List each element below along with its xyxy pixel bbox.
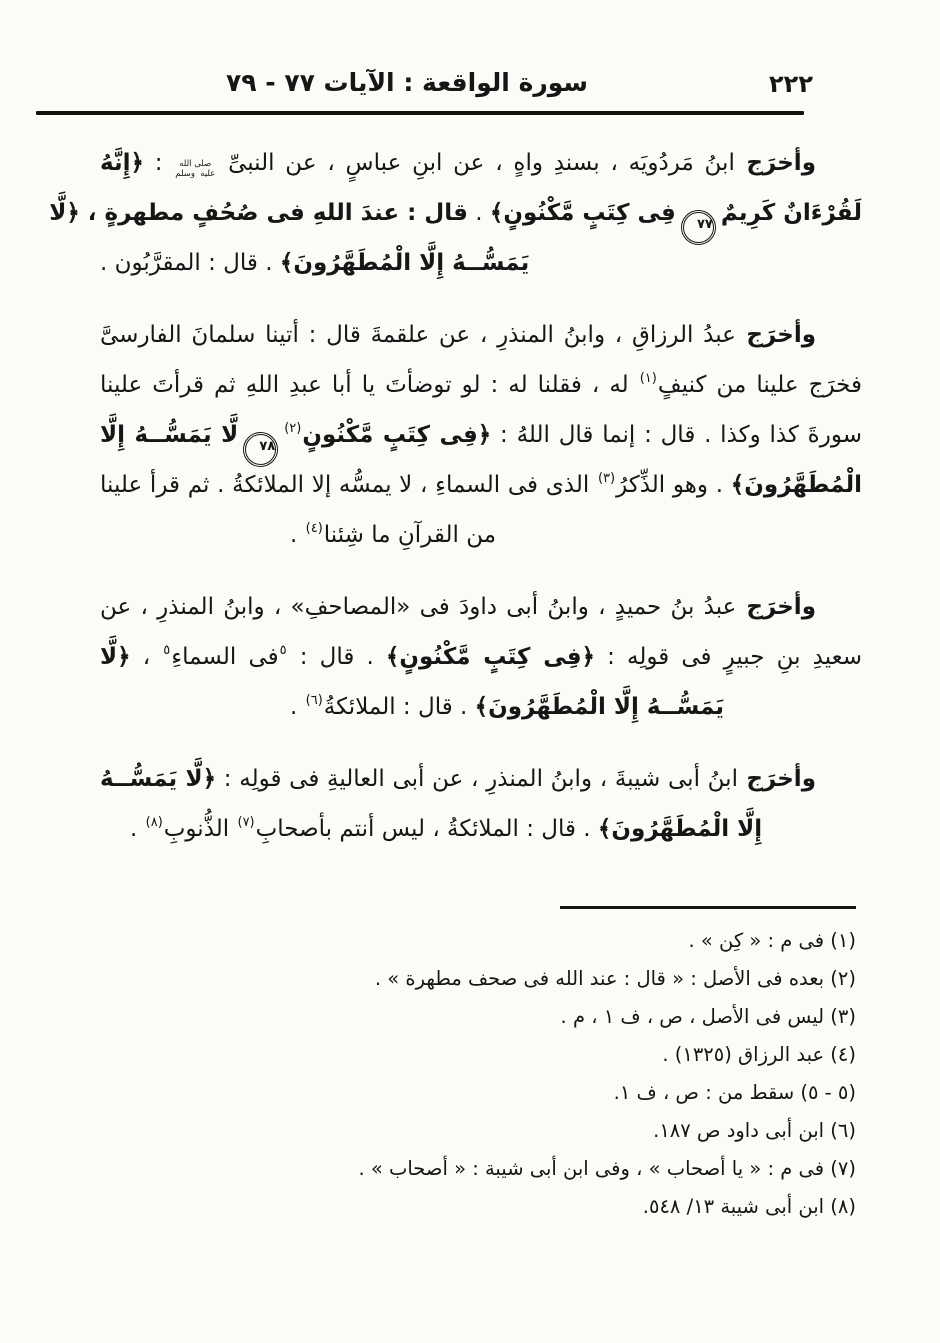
text-line: فخرَج علينا من كنيفٍ(١) له ، فقلنا له : … <box>100 360 862 410</box>
footnote-ref: (٣) <box>597 471 616 486</box>
text-segment: له ، فقلنا له : لو توضأتَ يا أبا عبدِ ال… <box>100 372 639 398</box>
text-segment: ابنُ مَردُويَه ، بسندِ واهٍ ، عن ابنِ عب… <box>217 150 735 176</box>
takhrij-opening-word: وأخرَج <box>738 766 816 792</box>
text-segment: . <box>130 816 145 842</box>
text-segment: . قال : الملائكةُ ، ليس أنتم بأصحابِ <box>256 816 598 842</box>
paragraph-1: وأخرَج ابنُ مَردُويَه ، بسندِ واهٍ ، عن … <box>100 138 862 288</box>
text-segment: . <box>290 694 305 720</box>
text-segment: . <box>468 200 490 226</box>
text-segment: قال : عندَ اللهِ فى صُحُفٍ مطهرةٍ ، <box>80 200 468 226</box>
footnote-ref: ٥ <box>162 643 171 658</box>
footnote-line: (٧) فى م : « يا أصحاب » ، وفى ابن أبى شي… <box>86 1150 856 1188</box>
footnote-ref: (٨) <box>145 815 164 830</box>
quran-quote: إِلَّا الْمُطَهَّرُونَ﴾ <box>598 816 762 842</box>
text-line: سورةَ كذا وكذا . قال : إنما قال اللهُ : … <box>100 410 862 460</box>
text-line: من القرآنِ ما شِئنا(٤) . <box>100 510 862 560</box>
footnotes-section: (١) فى م : « كِن » . (٢) بعده فى الأصل :… <box>86 922 856 1226</box>
footnote-ref: (١) <box>639 371 658 386</box>
chapter-title: سورة الواقعة : الآيات ٧٧ - ٧٩ <box>205 68 609 97</box>
footnote-line: (٨) ابن أبى شيبة ١٣/ ٥٤٨. <box>86 1188 856 1226</box>
text-line: الْمُطَهَّرُونَ﴾ . وهو الذِّكرُ(٣) الذى … <box>100 460 862 510</box>
paragraph-2: وأخرَج عبدُ الرزاقِ ، وابنُ المنذرِ ، عن… <box>100 310 862 560</box>
quran-quote: ﴿فِى كِتَبٍ مَّكْنُونٍ﴾ <box>386 644 595 670</box>
quran-quote: ﴿لَّا يَمَسُّــهُ <box>100 766 216 792</box>
quran-quote: يَمَسُّــهُ إِلَّا الْمُطَهَّرُونَ﴾ <box>475 694 724 720</box>
text-segment: سعيدِ بنِ جبيرٍ فى قولِه : <box>595 644 862 670</box>
footnote-line: (١) فى م : « كِن » . <box>86 922 856 960</box>
text-line: إِلَّا الْمُطَهَّرُونَ﴾ . قال : الملائكة… <box>100 804 862 854</box>
text-segment: سورةَ كذا وكذا . قال : إنما قال اللهُ : <box>491 422 862 448</box>
text-line: وأخرَج ابنُ مَردُويَه ، بسندِ واهٍ ، عن … <box>100 138 862 188</box>
footnote-line: (٣) ليس فى الأصل ، ص ، ف ١ ، م . <box>86 998 856 1036</box>
takhrij-opening-word: وأخرَج <box>735 150 816 176</box>
page-number: ٢٢٢ <box>756 70 826 98</box>
text-segment: الذُّنوبِ <box>164 816 237 842</box>
text-segment: عبدُ بنُ حميدٍ ، وابنُ أبى داودَ فى «الم… <box>100 594 736 620</box>
text-segment: ، <box>131 644 163 670</box>
text-segment: . وهو الذِّكرُ <box>616 472 731 498</box>
body-text: وأخرَج ابنُ مَردُويَه ، بسندِ واهٍ ، عن … <box>100 138 862 876</box>
text-segment: ابنُ أبى شيبةَ ، وابنُ المنذرِ ، عن أبى … <box>216 766 738 792</box>
footnote-ref: ٥ <box>279 643 288 658</box>
paragraph-3: وأخرَج عبدُ بنُ حميدٍ ، وابنُ أبى داودَ … <box>100 582 862 732</box>
text-segment: . <box>290 522 305 548</box>
text-line: وأخرَج عبدُ بنُ حميدٍ ، وابنُ أبى داودَ … <box>100 582 862 632</box>
quran-quote: يَمَسُّــهُ إِلَّا الْمُطَهَّرُونَ﴾ <box>280 250 529 276</box>
text-line: وأخرَج ابنُ أبى شيبةَ ، وابنُ المنذرِ ، … <box>100 754 862 804</box>
text-segment: من القرآنِ ما شِئنا <box>324 522 496 548</box>
takhrij-opening-word: وأخرَج <box>736 322 816 348</box>
quran-quote: فِى كِتَبٍ مَّكْنُونٍ﴾ <box>490 200 676 226</box>
footnote-line: (٢) بعده فى الأصل : « قال : عند الله فى … <box>86 960 856 998</box>
text-segment: الذى فى السماءِ ، لا يمسُّه إلا الملائكة… <box>100 472 597 498</box>
takhrij-opening-word: وأخرَج <box>736 594 816 620</box>
text-line: يَمَسُّــهُ إِلَّا الْمُطَهَّرُونَ﴾ . قا… <box>100 238 862 288</box>
quran-quote: ﴿لَّا <box>49 200 80 226</box>
footnote-ref: (٤) <box>305 521 324 536</box>
text-line: وأخرَج عبدُ الرزاقِ ، وابنُ المنذرِ ، عن… <box>100 310 862 360</box>
text-segment: : <box>144 150 173 176</box>
text-line: يَمَسُّــهُ إِلَّا الْمُطَهَّرُونَ﴾ . قا… <box>100 682 862 732</box>
quran-quote: ﴿لَّا <box>100 644 131 670</box>
footnote-line: (٤) عبد الرزاق (١٣٢٥) . <box>86 1036 856 1074</box>
text-segment: . قال : الملائكةُ <box>324 694 475 720</box>
quran-quote: لَّا يَمَسُّــهُ إِلَّا <box>100 422 238 448</box>
text-segment: فخرَج علينا من كنيفٍ <box>658 372 862 398</box>
footnote-ref: (٦) <box>305 693 324 708</box>
text-line: لَقُرْءَانٌ كَرِيمٌ٧٧فِى كِتَبٍ مَّكْنُو… <box>100 188 862 238</box>
footnote-separator <box>560 906 856 909</box>
salawat-mark: صلى الله عليه وسلم <box>175 160 215 180</box>
footnote-ref: (٢) <box>283 421 302 436</box>
verse-number-ornament: ٧٧ <box>681 210 716 245</box>
text-segment: . قال : <box>288 644 386 670</box>
quran-quote: لَقُرْءَانٌ كَرِيمٌ <box>721 200 862 226</box>
footnote-line: (٥ - ٥) سقط من : ص ، ف ١. <box>86 1074 856 1112</box>
paragraph-4: وأخرَج ابنُ أبى شيبةَ ، وابنُ المنذرِ ، … <box>100 754 862 854</box>
text-segment: فى السماءِ <box>171 644 278 670</box>
quran-quote: ﴿إِنَّهُ <box>100 150 144 176</box>
text-segment: عبدُ الرزاقِ ، وابنُ المنذرِ ، عن علقمةَ… <box>100 322 736 348</box>
quran-quote: ﴿فِى كِتَبٍ مَّكْنُونٍ <box>302 422 491 448</box>
footnote-line: (٦) ابن أبى داود ص ١٨٧. <box>86 1112 856 1150</box>
header-rule <box>36 111 804 115</box>
footnote-ref: (٧) <box>236 815 255 830</box>
book-page: سورة الواقعة : الآيات ٧٧ - ٧٩ ٢٢٢ وأخرَج… <box>0 0 940 1343</box>
text-segment: . قال : المقرَّبُون . <box>100 250 280 276</box>
text-line: سعيدِ بنِ جبيرٍ فى قولِه : ﴿فِى كِتَبٍ م… <box>100 632 862 682</box>
quran-quote: الْمُطَهَّرُونَ﴾ <box>731 472 862 498</box>
